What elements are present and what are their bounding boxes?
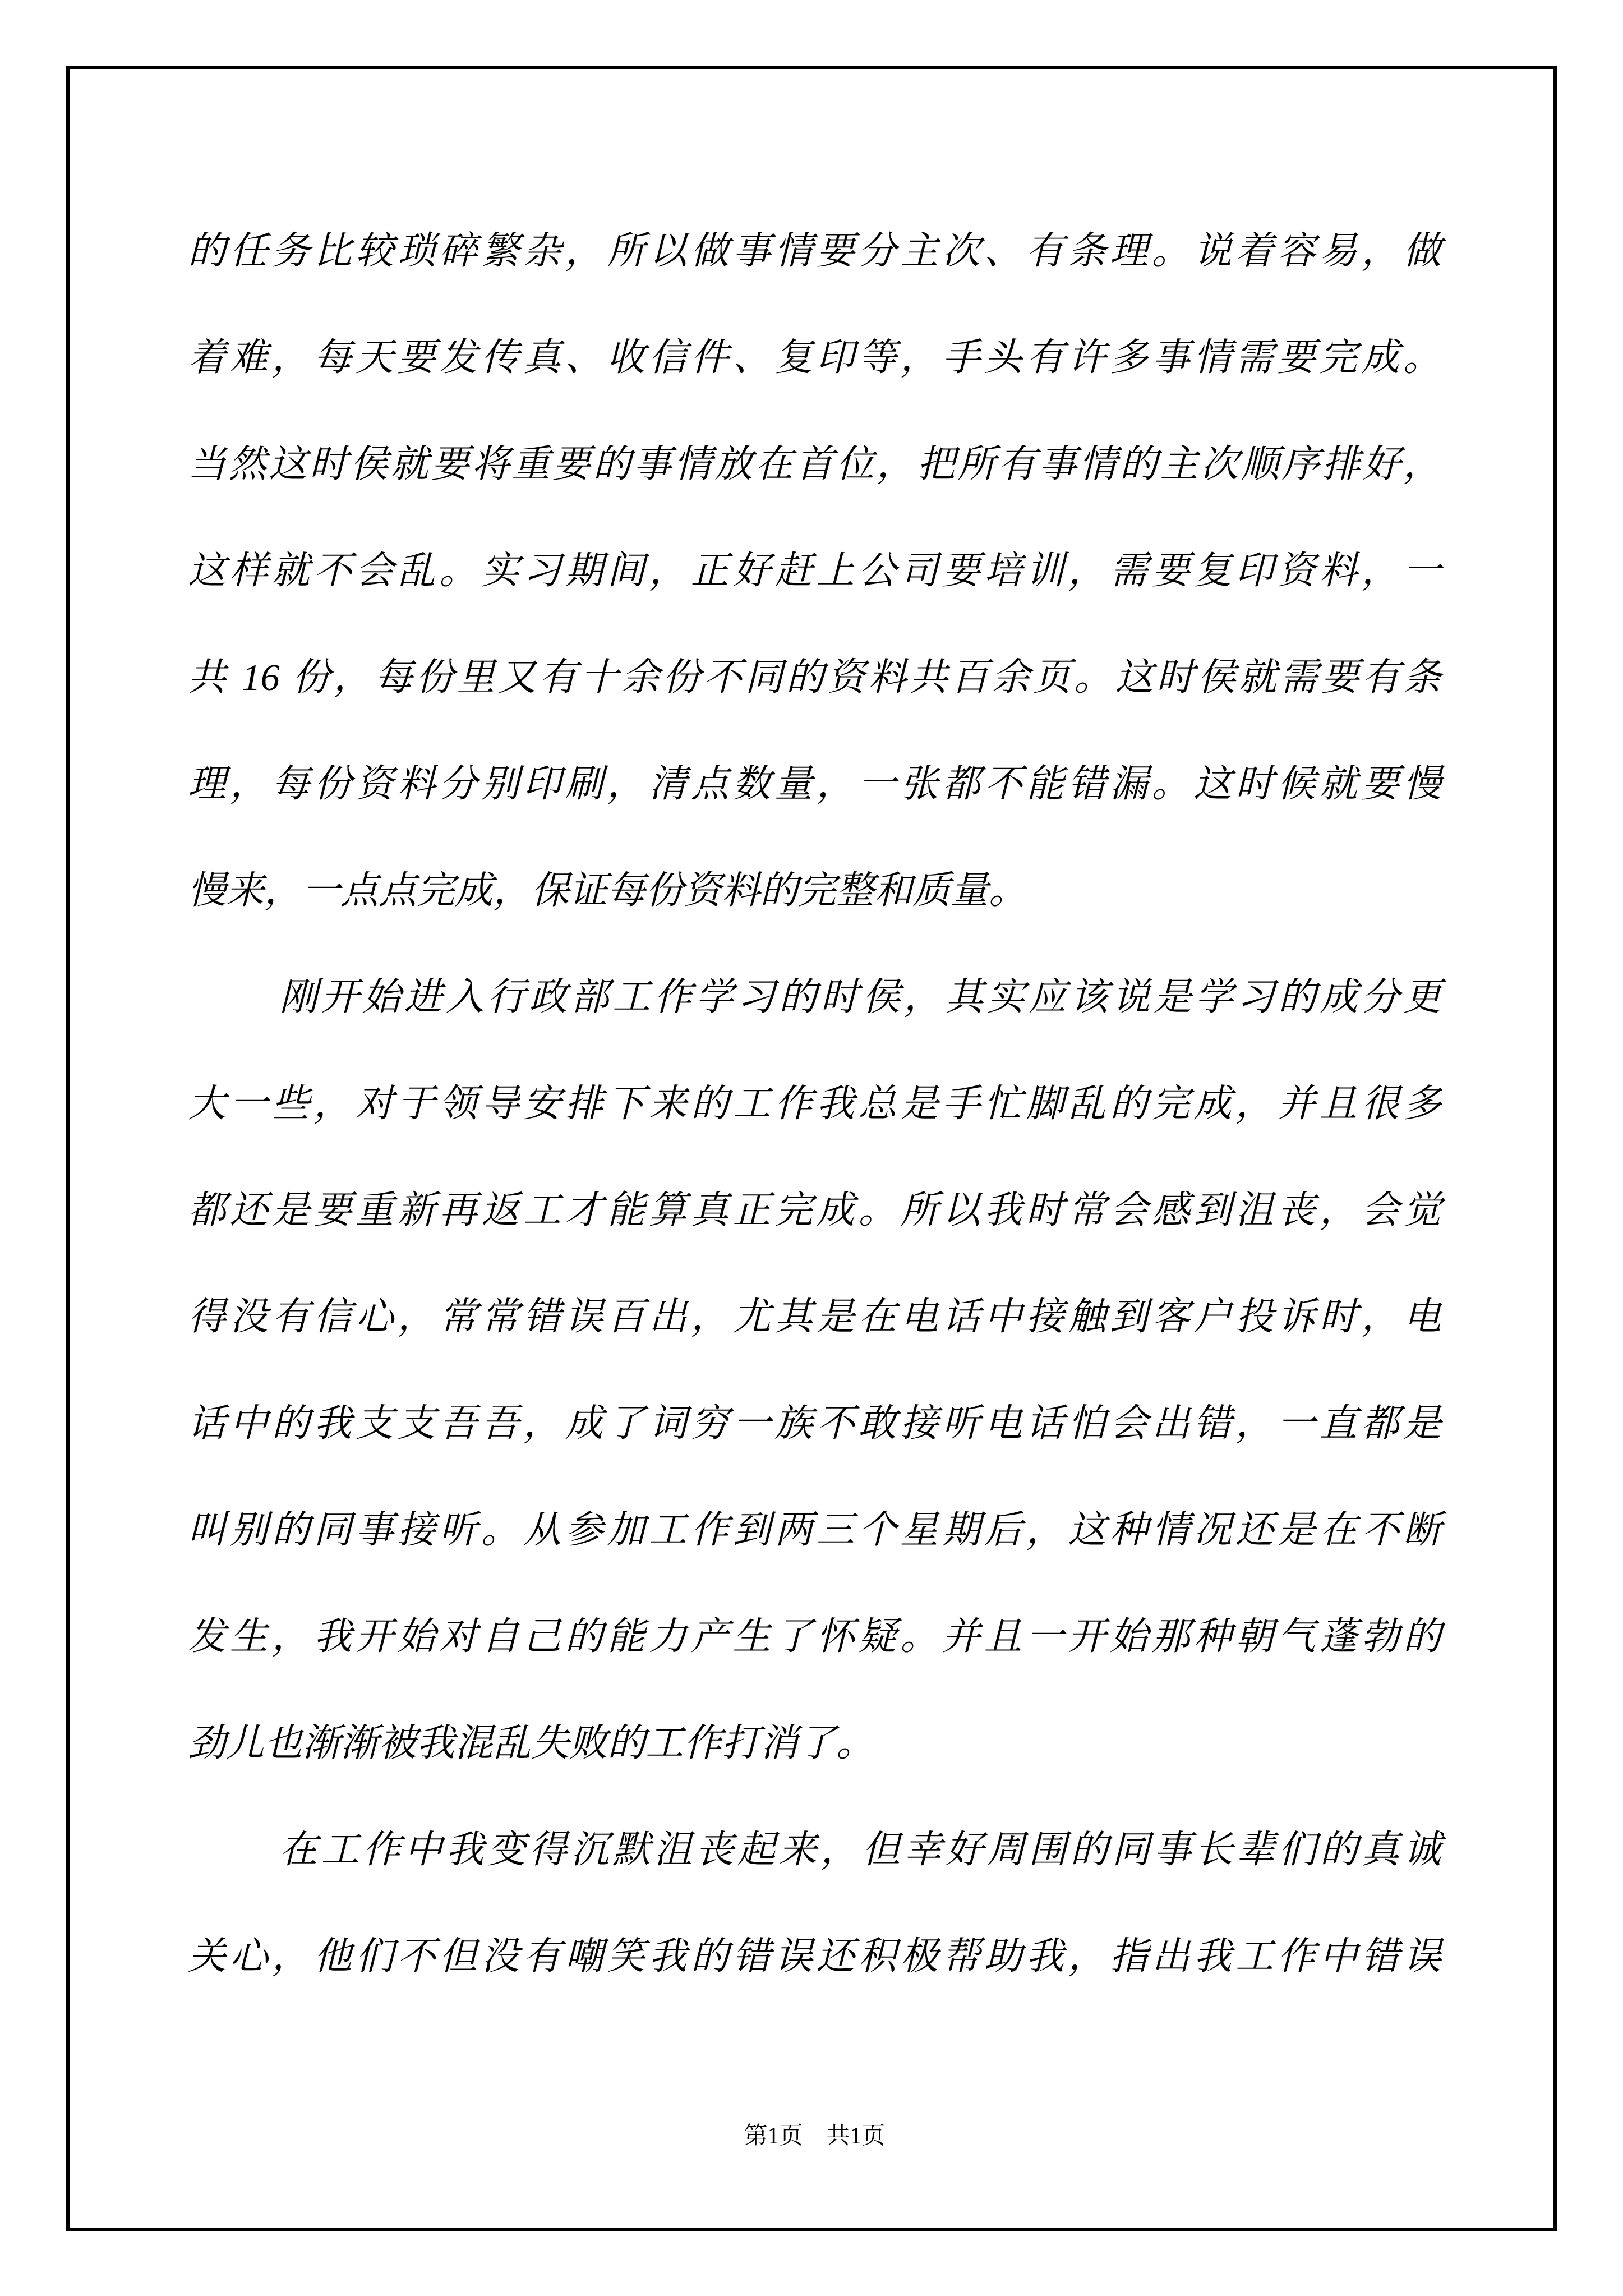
text-line: 在工作中我变得沉默沮丧起来，但幸好周围的同事长辈们的真诚 [188, 1796, 1441, 1903]
text-line: 劲儿也渐渐被我混乱失败的工作打消了。 [188, 1690, 1441, 1796]
text-line: 慢来，一点点完成，保证每份资料的完整和质量。 [188, 837, 1441, 944]
text-line: 话中的我支支吾吾，成了词穷一族不敢接听电话怕会出错，一直都是 [188, 1370, 1441, 1476]
text-line: 发生，我开始对自己的能力产生了怀疑。并且一开始那种朝气蓬勃的 [188, 1583, 1441, 1690]
text-line: 的任务比较琐碎繁杂，所以做事情要分主次、有条理。说着容易，做 [188, 197, 1441, 304]
text-line: 着难，每天要发传真、收信件、复印等，手头有许多事情需要完成。 [188, 304, 1441, 411]
text-line: 理，每份资料分别印刷，清点数量，一张都不能错漏。这时候就要慢 [188, 730, 1441, 837]
text-line: 共 16 份，每份里又有十余份不同的资料共百余页。这时侯就需要有条 [188, 624, 1441, 730]
document-page: 的任务比较琐碎繁杂，所以做事情要分主次、有条理。说着容易，做 着难，每天要发传真… [0, 0, 1623, 2296]
document-body: 的任务比较琐碎繁杂，所以做事情要分主次、有条理。说着容易，做 着难，每天要发传真… [188, 197, 1441, 2009]
text-line: 叫别的同事接听。从参加工作到两三个星期后，这种情况还是在不断 [188, 1476, 1441, 1583]
text-line: 大一些，对于领导安排下来的工作我总是手忙脚乱的完成，并且很多 [188, 1050, 1441, 1157]
page-footer: 第1页 共1页 [188, 2119, 1441, 2153]
text-line: 当然这时侯就要将重要的事情放在首位，把所有事情的主次顺序排好， [188, 411, 1441, 517]
page-background: { "doc": { "lines": [ {"text": "的任务比较琐碎繁… [0, 0, 1623, 2296]
text-line: 刚开始进入行政部工作学习的时侯，其实应该说是学习的成分更 [188, 944, 1441, 1050]
text-line: 这样就不会乱。实习期间，正好赶上公司要培训，需要复印资料，一 [188, 517, 1441, 624]
text-line: 关心，他们不但没有嘲笑我的错误还积极帮助我，指出我工作中错误 [188, 1903, 1441, 2009]
text-line: 都还是要重新再返工才能算真正完成。所以我时常会感到沮丧，会觉 [188, 1157, 1441, 1263]
text-line: 得没有信心，常常错误百出，尤其是在电话中接触到客户投诉时，电 [188, 1263, 1441, 1370]
